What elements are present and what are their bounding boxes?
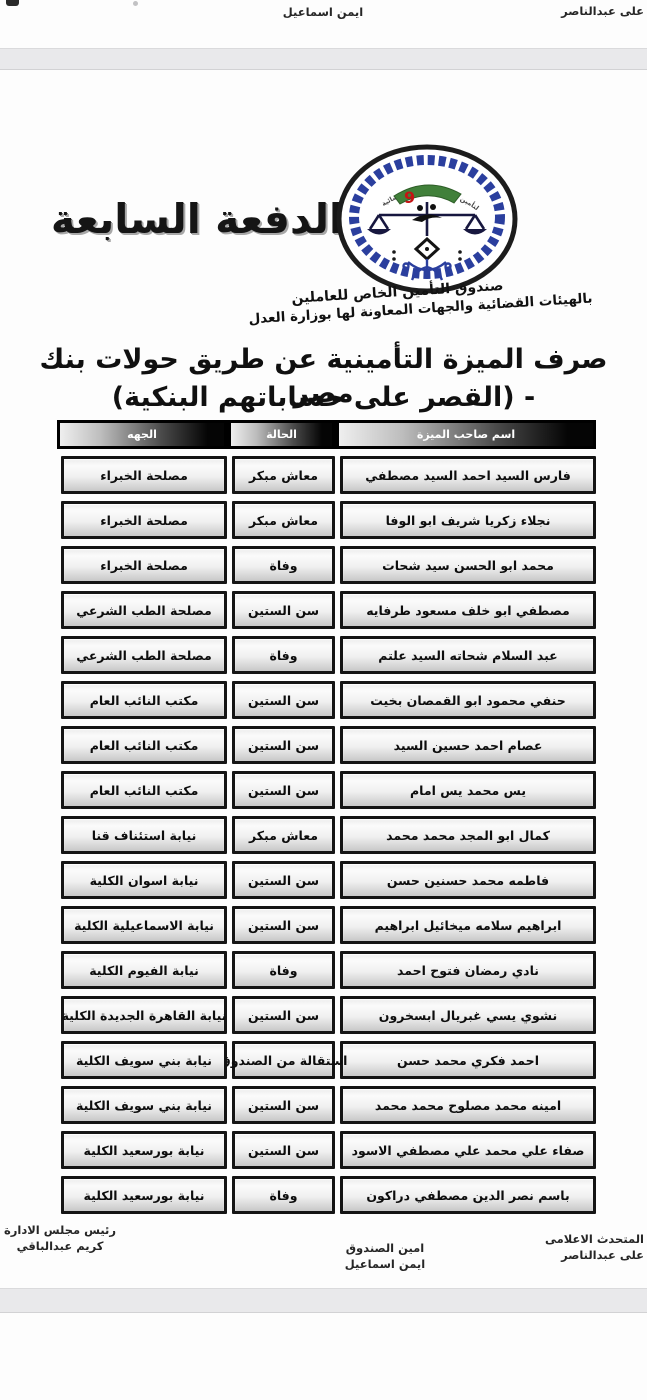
cell-entity: نيابة بورسعيد الكلية xyxy=(61,1131,227,1169)
cell-beneficiary-name: احمد فكري محمد حسن xyxy=(340,1041,596,1079)
cell-beneficiary-name: فارس السيد احمد السيد مصطفي xyxy=(340,456,596,494)
cell-status: سن الستين xyxy=(232,591,335,629)
cell-entity: نيابة بني سويف الكلية xyxy=(61,1086,227,1124)
table-row: نادي رمضان فتوح احمد وفاة نيابة الفيوم ا… xyxy=(57,951,596,989)
scanned-document-page: { "top_signatures": { "right": "على عبدا… xyxy=(0,0,647,1400)
cell-entity: نيابة بورسعيد الكلية xyxy=(61,1176,227,1214)
table-row: نشوي يسي غبريال ابسخرون سن الستين نيابة … xyxy=(57,996,596,1034)
fund-emblem: صندوق التأمين الخاص بالهيئات القضائية 9 xyxy=(334,144,520,300)
footer-signature-left: رئيس مجلس الادارة كريم عبدالباقي xyxy=(2,1222,118,1254)
table-row: عصام احمد حسين السيد سن الستين مكتب النا… xyxy=(57,726,596,764)
cell-status: استقالة من الصندوق xyxy=(232,1041,335,1079)
cell-entity: مكتب النائب العام xyxy=(61,771,227,809)
page-separator-top xyxy=(0,48,647,70)
table-row: امينه محمد مصلوح محمد محمد سن الستين نيا… xyxy=(57,1086,596,1124)
cell-status: وفاة xyxy=(232,546,335,584)
document-subtitle-line2: - (القصر على حساباتهم البنكية) xyxy=(30,381,617,415)
cell-beneficiary-name: مصطفي ابو خلف مسعود طرفايه xyxy=(340,591,596,629)
cell-beneficiary-name: عبد السلام شحاته السيد علتم xyxy=(340,636,596,674)
table-row: احمد فكري محمد حسن استقالة من الصندوق ني… xyxy=(57,1041,596,1079)
cell-beneficiary-name: نجلاء زكريا شريف ابو الوفا xyxy=(340,501,596,539)
cell-status: معاش مبكر xyxy=(232,501,335,539)
footer-signature-center: امين الصندوق ايمن اسماعيل xyxy=(330,1240,440,1272)
page-edge-fragment-dot xyxy=(133,1,138,6)
cell-beneficiary-name: باسم نصر الدين مصطفي دراكون xyxy=(340,1176,596,1214)
cell-status: معاش مبكر xyxy=(232,456,335,494)
cell-entity: نيابة اسوان الكلية xyxy=(61,861,227,899)
cell-status: وفاة xyxy=(232,636,335,674)
benefits-table: اسم صاحب الميزة الحالة الجهه فارس السيد … xyxy=(57,420,596,1214)
cell-status: معاش مبكر xyxy=(232,816,335,854)
cell-beneficiary-name: محمد ابو الحسن سيد شحات xyxy=(340,546,596,584)
cell-beneficiary-name: صفاء علي محمد علي مصطفي الاسود xyxy=(340,1131,596,1169)
cell-status: سن الستين xyxy=(232,996,335,1034)
cell-beneficiary-name: يس محمد يس امام xyxy=(340,771,596,809)
footer-right-title: المتحدث الاعلامى xyxy=(524,1231,644,1247)
table-header-row: اسم صاحب الميزة الحالة الجهه xyxy=(57,420,596,449)
cell-beneficiary-name: كمال ابو المجد محمد محمد xyxy=(340,816,596,854)
cell-entity: مصلحة الخبراء xyxy=(61,501,227,539)
table-row: يس محمد يس امام سن الستين مكتب النائب ال… xyxy=(57,771,596,809)
table-row: نجلاء زكريا شريف ابو الوفا معاش مبكر مصل… xyxy=(57,501,596,539)
cell-beneficiary-name: امينه محمد مصلوح محمد محمد xyxy=(340,1086,596,1124)
cell-status: سن الستين xyxy=(232,681,335,719)
table-body: فارس السيد احمد السيد مصطفي معاش مبكر مص… xyxy=(57,456,596,1214)
cell-entity: مصلحة الطب الشرعي xyxy=(61,591,227,629)
column-header-status: الحالة xyxy=(230,422,333,447)
column-header-name: اسم صاحب الميزة xyxy=(338,422,594,447)
cell-entity: نيابة بني سويف الكلية xyxy=(61,1041,227,1079)
table-row: كمال ابو المجد محمد محمد معاش مبكر نيابة… xyxy=(57,816,596,854)
cell-entity: مكتب النائب العام xyxy=(61,726,227,764)
table-row: محمد ابو الحسن سيد شحات وفاة مصلحة الخبر… xyxy=(57,546,596,584)
footer-center-title: امين الصندوق xyxy=(330,1240,440,1256)
page-separator-bottom xyxy=(0,1288,647,1313)
cell-entity: نيابة الاسماعيلية الكلية xyxy=(61,906,227,944)
cell-entity: نيابة استئناف قنا xyxy=(61,816,227,854)
table-row: عبد السلام شحاته السيد علتم وفاة مصلحة ا… xyxy=(57,636,596,674)
cell-beneficiary-name: نشوي يسي غبريال ابسخرون xyxy=(340,996,596,1034)
footer-signature-right: المتحدث الاعلامى على عبدالناصر xyxy=(524,1231,644,1263)
page-edge-fragment xyxy=(6,0,19,6)
fund-emblem-graphic: صندوق التأمين الخاص بالهيئات القضائية 9 xyxy=(334,144,520,296)
table-row: مصطفي ابو خلف مسعود طرفايه سن الستين مصل… xyxy=(57,591,596,629)
cell-entity: مصلحة الخبراء xyxy=(61,546,227,584)
cell-entity: نيابة القاهرة الجديدة الكلية xyxy=(61,996,227,1034)
table-row: ابراهيم سلامه ميخائيل ابراهيم سن الستين … xyxy=(57,906,596,944)
cell-status: سن الستين xyxy=(232,726,335,764)
footer-center-name: ايمن اسماعيل xyxy=(330,1256,440,1272)
cell-status: سن الستين xyxy=(232,861,335,899)
cell-beneficiary-name: عصام احمد حسين السيد xyxy=(340,726,596,764)
table-row: باسم نصر الدين مصطفي دراكون وفاة نيابة ب… xyxy=(57,1176,596,1214)
batch-title: الدفعة السابعة xyxy=(48,186,346,256)
cell-status: وفاة xyxy=(232,951,335,989)
footer-left-name: كريم عبدالباقي xyxy=(2,1238,118,1254)
top-signature-center: ايمن اسماعيل xyxy=(278,5,368,20)
cell-beneficiary-name: نادي رمضان فتوح احمد xyxy=(340,951,596,989)
cell-status: سن الستين xyxy=(232,1131,335,1169)
footer-left-title: رئيس مجلس الادارة xyxy=(2,1222,118,1238)
cell-entity: نيابة الفيوم الكلية xyxy=(61,951,227,989)
cell-beneficiary-name: حنفي محمود ابو القمصان بخيت xyxy=(340,681,596,719)
table-row: حنفي محمود ابو القمصان بخيت سن الستين مك… xyxy=(57,681,596,719)
table-row: فارس السيد احمد السيد مصطفي معاش مبكر مص… xyxy=(57,456,596,494)
cell-entity: مكتب النائب العام xyxy=(61,681,227,719)
footer-right-name: على عبدالناصر xyxy=(524,1247,644,1263)
cell-beneficiary-name: ابراهيم سلامه ميخائيل ابراهيم xyxy=(340,906,596,944)
emblem-number: 9 xyxy=(404,188,415,207)
cell-status: وفاة xyxy=(232,1176,335,1214)
cell-entity: مصلحة الطب الشرعي xyxy=(61,636,227,674)
column-header-entity: الجهه xyxy=(59,422,225,447)
cell-status: سن الستين xyxy=(232,906,335,944)
cell-beneficiary-name: فاطمه محمد حسنين حسن xyxy=(340,861,596,899)
cell-status: سن الستين xyxy=(232,771,335,809)
cell-entity: مصلحة الخبراء xyxy=(61,456,227,494)
table-row: صفاء علي محمد علي مصطفي الاسود سن الستين… xyxy=(57,1131,596,1169)
table-row: فاطمه محمد حسنين حسن سن الستين نيابة اسو… xyxy=(57,861,596,899)
top-signature-right: على عبدالناصر xyxy=(524,4,644,19)
cell-status: سن الستين xyxy=(232,1086,335,1124)
